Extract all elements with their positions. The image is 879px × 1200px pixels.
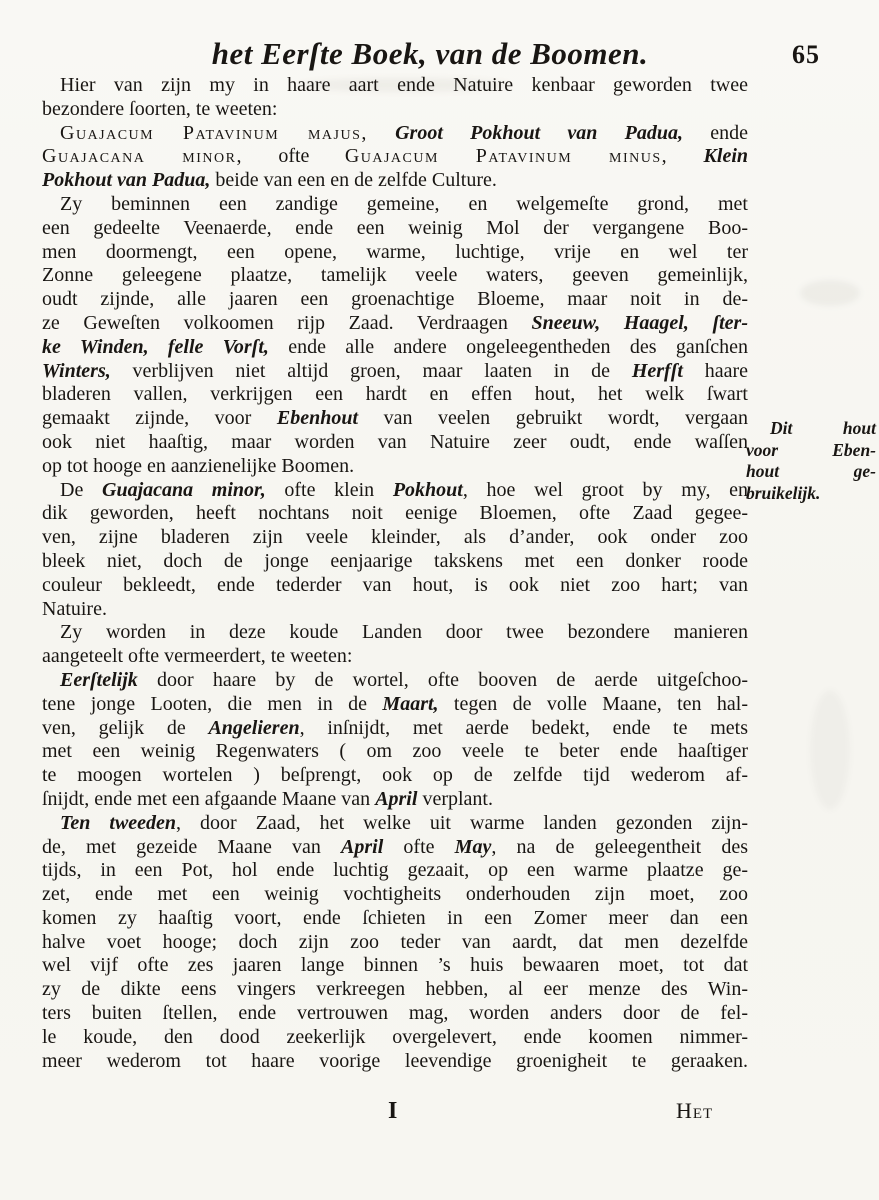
text-run: Ebenhout bbox=[277, 407, 358, 429]
text-run: verplant. bbox=[417, 788, 493, 810]
text-line: ke Winden, felle Vorſt, ende alle andere… bbox=[42, 336, 748, 360]
text-run: gemaakt zijnde, voor bbox=[42, 407, 277, 429]
text-run: tegen de volle Maane, ten hal- bbox=[439, 693, 748, 715]
text-line: ze Geweſten volkoomen rijp Zaad. Verdraa… bbox=[42, 312, 748, 336]
text-run: Natuire. bbox=[42, 598, 107, 620]
text-run: ook niet haaſtig, maar worden van Natuir… bbox=[42, 431, 748, 453]
text-line: te moogen wortelen ) beſprengt, ook op d… bbox=[42, 764, 748, 788]
text-run: ven, gelijk de bbox=[42, 717, 208, 739]
text-run: Eerſtelijk bbox=[60, 669, 138, 691]
margin-note-line: hout ge- bbox=[746, 461, 876, 483]
text-line: een gedeelte Veenaerde, ende een weinig … bbox=[42, 217, 748, 241]
text-run: Zy beminnen een zandige gemeine, en welg… bbox=[60, 193, 748, 215]
text-run: le koude, den dood zeekerlijk overgeleve… bbox=[42, 1026, 748, 1048]
text-run: van veelen gebruikt wordt, vergaan bbox=[358, 407, 748, 429]
text-line: bezondere ſoorten, te weeten: bbox=[42, 98, 748, 122]
text-run: Guajacana minor, bbox=[42, 145, 243, 167]
text-line: Eerſtelijk door haare by de wortel, ofte… bbox=[42, 669, 748, 693]
margin-note: Dit houtvoor Eben-hout ge-bruikelijk. bbox=[746, 418, 876, 504]
text-line: ven, zijne bladeren zijn veele kleinder,… bbox=[42, 526, 748, 550]
text-run: dik geworden, heeft nochtans noit eenige… bbox=[42, 502, 748, 524]
text-run: Zy worden in deze koude Landen door twee… bbox=[60, 621, 748, 643]
text-run: Angelieren bbox=[208, 717, 299, 739]
text-run: Maart, bbox=[382, 693, 438, 715]
text-run: , inſnijdt, met aerde bedekt, ende te me… bbox=[300, 717, 748, 739]
text-run: te moogen wortelen ) beſprengt, ook op d… bbox=[42, 764, 748, 786]
text-run: komen zy haaſtig voort, ende ſchieten in… bbox=[42, 907, 748, 929]
text-run: ofte klein bbox=[266, 479, 393, 501]
text-run: Ten tweeden bbox=[60, 812, 176, 834]
text-run: men doormengt, een opene, warme, luchtig… bbox=[42, 241, 748, 263]
text-line: men doormengt, een opene, warme, luchtig… bbox=[42, 241, 748, 265]
text-run: bladeren vallen, verkrijgen een hardt en… bbox=[42, 383, 748, 405]
book-page-scan: het Eerſte Boek, van de Boomen. 65 Hier … bbox=[0, 0, 879, 1200]
text-run: halve voet hooge; doch zijn zoo teder va… bbox=[42, 931, 748, 953]
text-run: Klein bbox=[668, 145, 748, 167]
text-run: ende bbox=[683, 122, 748, 144]
text-run: ke Winden, felle Vorſt, bbox=[42, 336, 269, 358]
text-run: haare bbox=[683, 360, 748, 382]
scan-artifact bbox=[800, 280, 860, 306]
text-line: Guajacum Patavinum majus, Groot Pokhout … bbox=[42, 122, 748, 146]
text-run: Guajacana minor, bbox=[102, 479, 266, 501]
text-line: ven, gelijk de Angelieren, inſnijdt, met… bbox=[42, 717, 748, 741]
text-line: komen zy haaſtig voort, ende ſchieten in… bbox=[42, 907, 748, 931]
text-run: Herfſt bbox=[632, 360, 683, 382]
text-line: Zonne geleegene plaatze, tamelijk veele … bbox=[42, 264, 748, 288]
text-line: gemaakt zijnde, voor Ebenhout van veelen… bbox=[42, 407, 748, 431]
text-run: , door Zaad, het welke uit warme landen … bbox=[176, 812, 748, 834]
text-run: Hier van zijn my in haare aart ende Natu… bbox=[60, 74, 748, 96]
text-line: Zy beminnen een zandige gemeine, en welg… bbox=[42, 193, 748, 217]
text-line: le koude, den dood zeekerlijk overgeleve… bbox=[42, 1026, 748, 1050]
text-run: aangeteelt ofte vermeerdert, te weeten: bbox=[42, 645, 352, 667]
text-line: met een weinig Regenwaters ( om zoo veel… bbox=[42, 740, 748, 764]
text-run: Pokhout van Padua, bbox=[42, 169, 210, 191]
text-run: Zonne geleegene plaatze, tamelijk veele … bbox=[42, 264, 748, 286]
text-line: Winters, verblijven niet altijd groen, m… bbox=[42, 360, 748, 384]
text-run: couleur bekleedt, ende tederder van hout… bbox=[42, 574, 748, 596]
text-run: door haare by de wortel, ofte booven de … bbox=[138, 669, 748, 691]
text-line: aangeteelt ofte vermeerdert, te weeten: bbox=[42, 645, 748, 669]
text-line: Pokhout van Padua, beide van een en de z… bbox=[42, 169, 748, 193]
text-run: Guajacum Patavinum minus, bbox=[345, 145, 668, 167]
text-run: Groot Pokhout van Padua, bbox=[368, 122, 683, 144]
text-run: ters buiten ſtellen, ende vertrouwen mag… bbox=[42, 1002, 748, 1024]
text-run: Guajacum Patavinum majus, bbox=[60, 122, 368, 144]
text-line: bleek niet, doch de jonge eenjaarige tak… bbox=[42, 550, 748, 574]
catchword: Het bbox=[676, 1098, 713, 1124]
text-line: bladeren vallen, verkrijgen een hardt en… bbox=[42, 383, 748, 407]
text-run: op tot hooge en aanzienelijke Boomen. bbox=[42, 455, 354, 477]
text-line: Zy worden in deze koude Landen door twee… bbox=[42, 621, 748, 645]
text-line: Hier van zijn my in haare aart ende Natu… bbox=[42, 74, 748, 98]
text-line: ters buiten ſtellen, ende vertrouwen mag… bbox=[42, 1002, 748, 1026]
text-line: halve voet hooge; doch zijn zoo teder va… bbox=[42, 931, 748, 955]
page-number: 65 bbox=[792, 40, 820, 70]
text-line: couleur bekleedt, ende tederder van hout… bbox=[42, 574, 748, 598]
text-line: Guajacana minor, ofte Guajacum Patavinum… bbox=[42, 145, 748, 169]
text-run: een gedeelte Veenaerde, ende een weinig … bbox=[42, 217, 748, 239]
scan-artifact bbox=[810, 690, 850, 810]
text-run: bezondere ſoorten, te weeten: bbox=[42, 98, 277, 120]
text-run: Pokhout bbox=[393, 479, 463, 501]
text-run: beide van een en de zelfde Culture. bbox=[210, 169, 497, 191]
text-run: ofte bbox=[383, 836, 454, 858]
text-run: April bbox=[375, 788, 417, 810]
text-line: De Guajacana minor, ofte klein Pokhout, … bbox=[42, 479, 748, 503]
text-run: , na de geleegentheit des bbox=[491, 836, 748, 858]
text-line: meer wederom tot haare voorige leevendig… bbox=[42, 1050, 748, 1074]
text-run: tene jonge Looten, die men in de bbox=[42, 693, 382, 715]
text-line: ſnijdt, ende met een afgaande Maane van … bbox=[42, 788, 748, 812]
text-line: wel vijf ofte zes jaaren lange binnen ’s… bbox=[42, 954, 748, 978]
margin-note-line: bruikelijk. bbox=[746, 483, 876, 505]
margin-note-line: Dit hout bbox=[746, 418, 876, 440]
text-line: ook niet haaſtig, maar worden van Natuir… bbox=[42, 431, 748, 455]
signature-mark: I bbox=[388, 1098, 397, 1125]
text-line: oudt zijnde, alle jaaren een groenachtig… bbox=[42, 288, 748, 312]
text-run: tijds, in een Pot, hol ende luchtig geza… bbox=[42, 859, 748, 881]
text-run: ven, zijne bladeren zijn veele kleinder,… bbox=[42, 526, 748, 548]
text-run: oudt zijnde, alle jaaren een groenachtig… bbox=[42, 288, 748, 310]
text-line: zet, ende met een weinig vochtigheits on… bbox=[42, 883, 748, 907]
text-run: ende alle andere ongeleegentheden des ga… bbox=[269, 336, 748, 358]
margin-note-line: voor Eben- bbox=[746, 440, 876, 462]
text-run: ofte bbox=[243, 145, 345, 167]
text-run: , hoe wel groot by my, en bbox=[463, 479, 748, 501]
text-line: tijds, in een Pot, hol ende luchtig geza… bbox=[42, 859, 748, 883]
body-text: Hier van zijn my in haare aart ende Natu… bbox=[42, 74, 748, 1073]
text-run: Sneeuw, Haagel, ſter- bbox=[532, 312, 748, 334]
text-run: de, met gezeide Maane van bbox=[42, 836, 341, 858]
text-line: de, met gezeide Maane van April ofte May… bbox=[42, 836, 748, 860]
text-line: tene jonge Looten, die men in de Maart, … bbox=[42, 693, 748, 717]
text-run: verblijven niet altijd groen, maar laate… bbox=[111, 360, 632, 382]
running-header-title: het Eerſte Boek, van de Boomen. bbox=[0, 36, 860, 72]
text-line: dik geworden, heeft nochtans noit eenige… bbox=[42, 502, 748, 526]
text-run: met een weinig Regenwaters ( om zoo veel… bbox=[42, 740, 748, 762]
text-run: De bbox=[60, 479, 102, 501]
text-run: meer wederom tot haare voorige leevendig… bbox=[42, 1050, 748, 1072]
text-run: zy de dikte eens vingers verkreegen hebb… bbox=[42, 978, 748, 1000]
text-line: Ten tweeden, door Zaad, het welke uit wa… bbox=[42, 812, 748, 836]
text-run: ze Geweſten volkoomen rijp Zaad. Verdraa… bbox=[42, 312, 532, 334]
text-run: Winters, bbox=[42, 360, 111, 382]
text-line: op tot hooge en aanzienelijke Boomen. bbox=[42, 455, 748, 479]
text-line: Natuire. bbox=[42, 598, 748, 622]
text-run: April bbox=[341, 836, 383, 858]
text-run: wel vijf ofte zes jaaren lange binnen ’s… bbox=[42, 954, 748, 976]
text-run: ſnijdt, ende met een afgaande Maane van bbox=[42, 788, 375, 810]
text-line: zy de dikte eens vingers verkreegen hebb… bbox=[42, 978, 748, 1002]
text-run: bleek niet, doch de jonge eenjaarige tak… bbox=[42, 550, 748, 572]
text-run: zet, ende met een weinig vochtigheits on… bbox=[42, 883, 748, 905]
text-run: May bbox=[455, 836, 492, 858]
